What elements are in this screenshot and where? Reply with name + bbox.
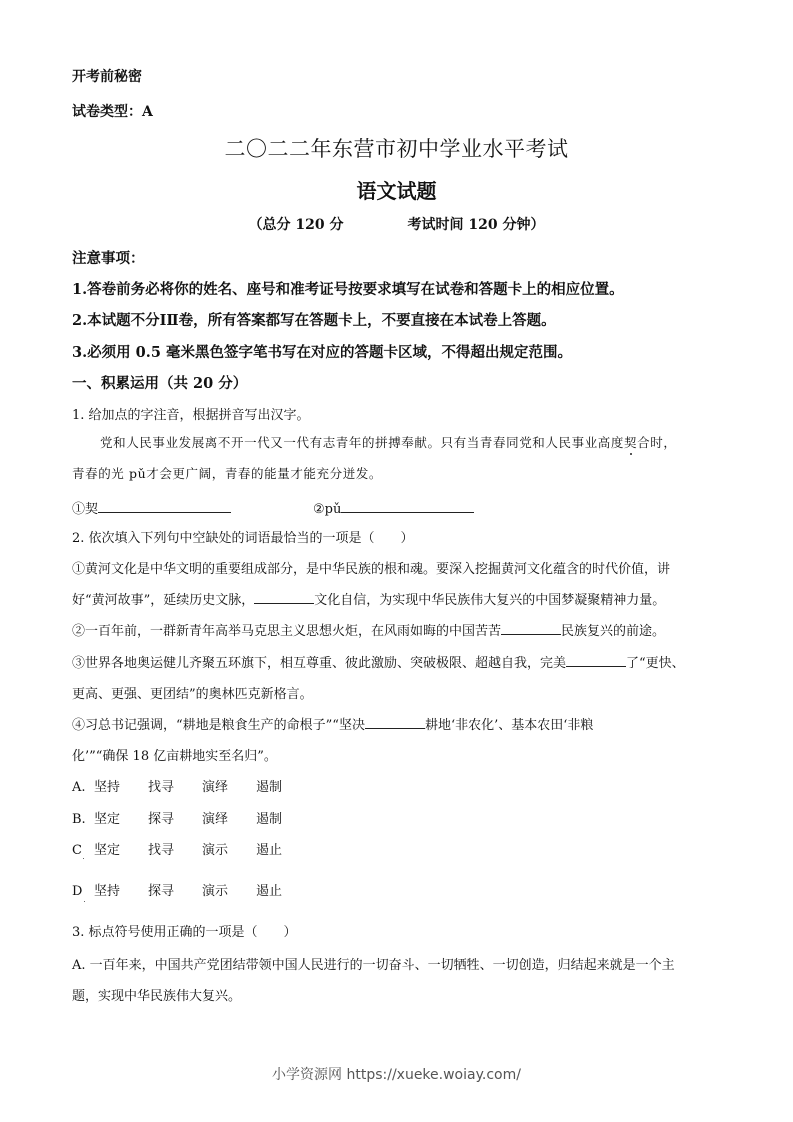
option-word: 演示: [202, 880, 256, 899]
option-word: 找寻: [148, 776, 202, 795]
option-word: 遏止: [256, 839, 310, 858]
option-label: A.: [72, 780, 94, 795]
q2-sentence1-line1: ①黄河文化是中华文明的重要组成部分，是中华民族的根和魂。要深入挖掘黄河文化蕴含的…: [72, 558, 670, 577]
option-word: 坚持: [94, 776, 148, 795]
score-time-line: （总分 120 分考试时间 120 分钟）: [0, 214, 793, 234]
section-heading: 一、积累运用（共 20 分）: [72, 372, 247, 393]
q1-answer-row: ①契②pǔ: [72, 498, 474, 517]
q2-option-d[interactable]: D坚持探寻演示遏止: [72, 880, 310, 899]
q2-stem: 2. 依次填入下列句中空缺处的词语最恰当的一项是（ ）: [72, 527, 414, 546]
subject-title: 语文试题: [0, 175, 793, 204]
option-word: 演绎: [202, 776, 256, 795]
q2-sentence1-line2: 好“黄河故事”，延续历史文脉，文化自信，为实现中华民族伟大复兴的中国梦凝聚精神力…: [72, 589, 665, 608]
paper-type-label: 试卷类型：A: [72, 101, 153, 121]
q1-passage-text-end: 合时，: [637, 435, 676, 450]
q2-option-a[interactable]: A.坚持找寻演绎遏制: [72, 776, 310, 795]
q2-s3-text: ③世界各地奥运健儿齐聚五环旗下，相互尊重、彼此激励、突破极限、超越自我，完美: [72, 656, 566, 671]
q2-sentence3-line1: ③世界各地奥运健儿齐聚五环旗下，相互尊重、彼此激励、突破极限、超越自我，完美了“…: [72, 652, 685, 671]
q2-s1-text-end: 文化自信，为实现中华民族伟大复兴的中国梦凝聚精神力量。: [314, 593, 665, 608]
q2-s1-text: 好“黄河故事”，延续历史文脉，: [72, 593, 254, 608]
option-word: 演示: [202, 839, 256, 858]
q2-blank-1[interactable]: [254, 591, 314, 604]
option-word: 坚定: [94, 808, 148, 827]
option-word: 找寻: [148, 839, 202, 858]
q2-blank-3[interactable]: [566, 654, 626, 667]
q2-sentence4-line2: 化’”“确保 18 亿亩耕地实至名归”。: [72, 745, 277, 764]
q3-option-a-line1: A. 一百年来，中国共产党团结带领中国人民进行的一切奋斗、一切牺牲、一切创造，归…: [72, 954, 675, 973]
option-word: 坚持: [94, 880, 148, 899]
notice-item-1: 1.答卷前务必将你的姓名、座号和准考证号按要求填写在试卷和答题卡上的相应位置。: [72, 278, 624, 299]
option-word: 遏制: [256, 776, 310, 795]
footer-watermark: 小学资源网 https://xueke.woiay.com/: [0, 1064, 793, 1084]
q2-s3-text-end: 了“更快、: [626, 656, 685, 671]
q1-passage-text: 党和人民事业发展离不开一代又一代有志青年的拼搏奉献。只有当青春同党和人民事业高度: [100, 435, 624, 450]
q2-s4-text: ④习总书记强调，“耕地是粮食生产的命根子”“坚决: [72, 718, 365, 733]
blank1-label: ①契: [72, 502, 98, 517]
q2-s4-text-end: 耕地‘非农化’、基本农田‘非粮: [425, 718, 593, 733]
q2-sentence4-line1: ④习总书记强调，“耕地是粮食生产的命根子”“坚决耕地‘非农化’、基本农田‘非粮: [72, 714, 593, 733]
option-label: B.: [72, 812, 94, 827]
stray-dot: [84, 901, 85, 902]
stray-dot: [83, 858, 84, 859]
q2-sentence3-line2: 更高、更强、更团结”的奥林匹克新格言。: [72, 683, 313, 702]
exam-title: 二〇二二年东营市初中学业水平考试: [0, 133, 793, 163]
q3-stem: 3. 标点符号使用正确的一项是（ ）: [72, 921, 297, 940]
option-word: 探寻: [148, 880, 202, 899]
exam-page: 开考前秘密 试卷类型：A 二〇二二年东营市初中学业水平考试 语文试题 （总分 1…: [0, 0, 793, 1122]
confidential-label: 开考前秘密: [72, 66, 142, 86]
q2-option-b[interactable]: B.坚定探寻演绎遏制: [72, 808, 310, 827]
option-word: 遏止: [256, 880, 310, 899]
blank1-answer-line[interactable]: [98, 500, 231, 513]
exam-time: 考试时间 120 分钟）: [408, 217, 545, 233]
option-label: C: [72, 843, 94, 858]
q2-s2-text-end: 民族复兴的前途。: [561, 624, 665, 639]
q2-s2-text: ②一百年前，一群新青年高举马克思主义思想火炬，在风雨如晦的中国苦苦: [72, 624, 501, 639]
blank2-label: ②pǔ: [313, 502, 341, 517]
q1-passage-line1: 党和人民事业发展离不开一代又一代有志青年的拼搏奉献。只有当青春同党和人民事业高度…: [100, 433, 676, 451]
q2-sentence2: ②一百年前，一群新青年高举马克思主义思想火炬，在风雨如晦的中国苦苦民族复兴的前途…: [72, 620, 665, 639]
option-word: 演绎: [202, 808, 256, 827]
option-word: 遏制: [256, 808, 310, 827]
q3-option-a-line2: 题，实现中华民族伟大复兴。: [72, 985, 241, 1004]
q1-passage-line2: 青春的光 pǔ才会更广阔，青春的能量才能充分迸发。: [72, 464, 382, 482]
q2-blank-4[interactable]: [365, 716, 425, 729]
notice-item-2: 2.本试题不分ⅠⅡ卷，所有答案都写在答题卡上，不要直接在本试卷上答题。: [72, 309, 556, 330]
notice-item-3: 3.必须用 0.5 毫米黑色签字笔书写在对应的答题卡区域，不得超出规定范围。: [72, 341, 572, 362]
q2-blank-2[interactable]: [501, 622, 561, 635]
dotted-char: 契: [624, 435, 637, 450]
option-word: 坚定: [94, 839, 148, 858]
total-score: （总分 120 分: [249, 217, 344, 233]
q2-option-c[interactable]: C坚定找寻演示遏止: [72, 839, 310, 858]
notice-heading: 注意事项：: [72, 247, 145, 268]
option-word: 探寻: [148, 808, 202, 827]
option-label: D: [72, 884, 94, 899]
blank2-answer-line[interactable]: [341, 500, 474, 513]
q1-stem: 1. 给加点的字注音，根据拼音写出汉字。: [72, 404, 310, 423]
